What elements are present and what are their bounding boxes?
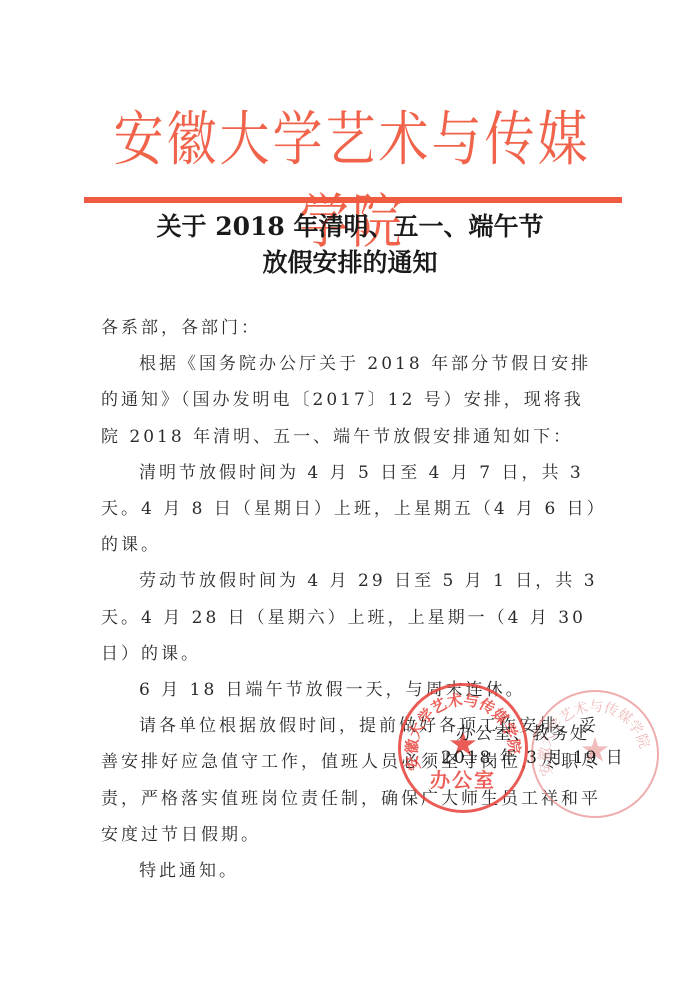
notice-title-line1: 关于 2018 年清明、五一、端午节 xyxy=(0,210,700,244)
issue-date: 2018 年 3 月 19 日 xyxy=(441,746,661,770)
paragraph-dragon-boat: 6 月 18 日端午节放假一天，与周末连休。 xyxy=(101,672,601,708)
paragraph-closing: 特此通知。 xyxy=(101,853,601,889)
paragraph-qingming: 清明节放假时间为 4 月 5 日至 4 月 7 日，共 3 天。4 月 8 日（… xyxy=(101,455,601,564)
salutation: 各系部，各部门： xyxy=(101,310,601,346)
notice-body: 各系部，各部门： 根据《国务院办公厅关于 2018 年部分节假日安排的通知》（国… xyxy=(101,310,601,889)
paragraph-intro: 根据《国务院办公厅关于 2018 年部分节假日安排的通知》（国办发明电〔2017… xyxy=(101,346,601,455)
header-rule xyxy=(84,197,622,203)
paragraph-labor-day: 劳动节放假时间为 4 月 29 日至 5 月 1 日，共 3 天。4 月 28 … xyxy=(101,563,601,672)
issuing-departments: 办公室、教务处 xyxy=(456,722,656,746)
notice-title-line2: 放假安排的通知 xyxy=(0,246,700,280)
